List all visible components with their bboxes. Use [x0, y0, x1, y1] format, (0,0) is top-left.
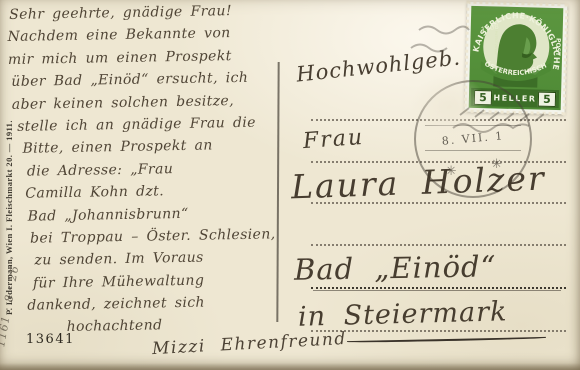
message-block: Sehr geehrte, gnädige Frau! Nachdem eine… — [7, 0, 285, 340]
address-name: Laura Holzer — [290, 159, 546, 207]
address-rule — [311, 287, 566, 289]
address-rule — [311, 244, 566, 246]
stamp-artwork: KAISERLICHE·KÖNIGLICHE ÖSTERREICHISCHE P… — [469, 6, 563, 90]
pen-underline-region — [347, 337, 546, 344]
address-place: Bad „Einöd“ — [294, 249, 497, 287]
postcard-back: Sehr geehrte, gnädige Frau! Nachdem eine… — [0, 0, 580, 370]
address-region: in Steiermark — [298, 296, 508, 332]
stamp-value-right: 5 — [538, 91, 556, 106]
message-line: über Bad „Einöd“ ersucht, ich — [11, 66, 280, 93]
address-title: Frau — [302, 125, 365, 154]
postmark-fade — [410, 74, 488, 140]
pen-underline-place — [313, 290, 561, 291]
stamp-portrait-label: FRANZ JOSEPH I — [494, 29, 499, 55]
stamp-side-text: POST — [554, 38, 561, 57]
card-bottom-edge — [0, 363, 580, 370]
postmark-chord — [425, 150, 521, 151]
